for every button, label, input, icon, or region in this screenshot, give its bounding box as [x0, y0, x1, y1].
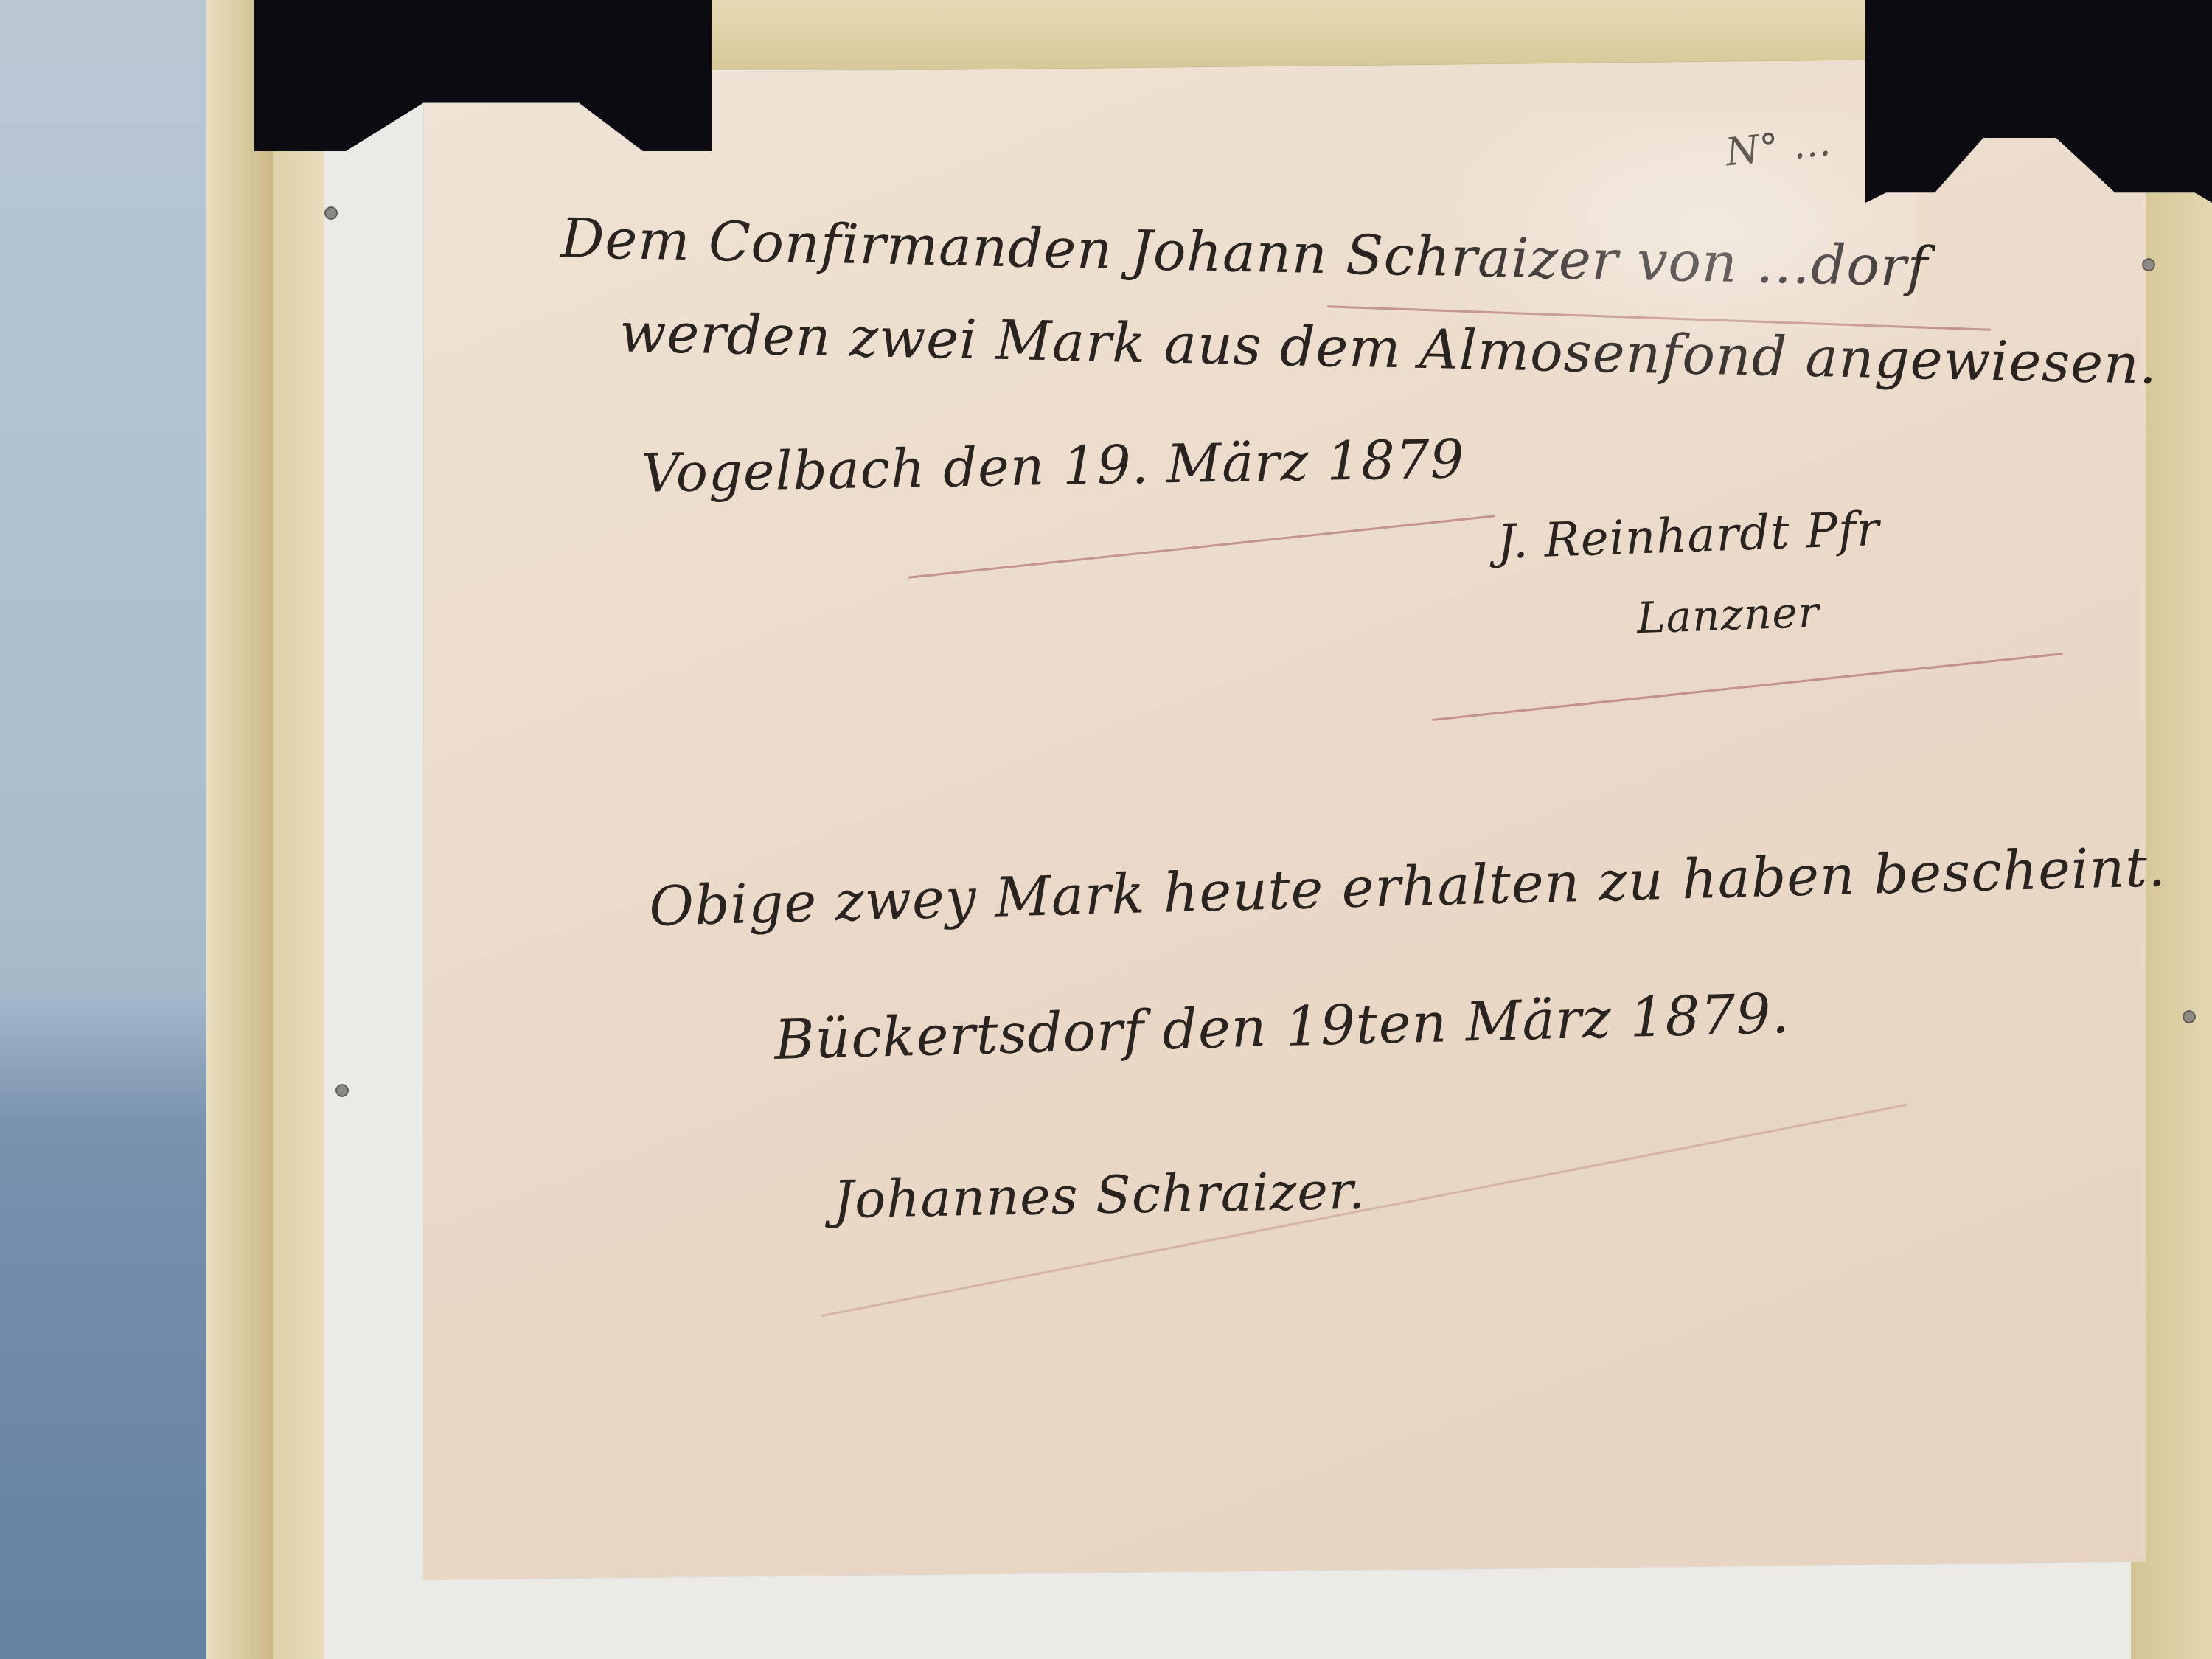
glass-glare: [1401, 111, 1917, 406]
screw-icon: [2183, 1010, 2196, 1023]
recipient-signature: Johannes Schraizer.: [832, 1161, 1366, 1231]
frame-rail-inner-left: [273, 0, 324, 1659]
screw-icon: [2142, 258, 2155, 271]
wall-shadow: [0, 995, 214, 1659]
screw-icon: [335, 1084, 349, 1097]
screw-icon: [324, 206, 338, 220]
countersignature: Lanzner: [1636, 587, 1820, 644]
frame-rail-left: [206, 0, 273, 1659]
